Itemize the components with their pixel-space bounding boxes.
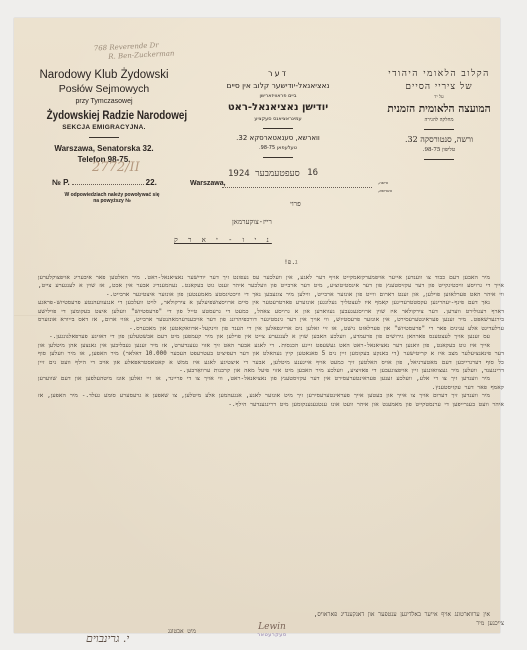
letterhead-polish-line5: SEKCJA EMIGRACYJNA.	[34, 123, 174, 133]
letterhead-yiddish-line2: נאציאנאל-יודישער קלוב אין סיים	[212, 80, 344, 92]
date-yiddish-label: ווארשא,	[378, 188, 392, 193]
letterhead-divider	[424, 159, 454, 160]
letterhead-hebrew-address: ורשה, סנטורסקה 32.	[369, 134, 509, 146]
letterhead-yiddish-line5: עמיגראציאנס סעקציע	[212, 115, 344, 124]
letterhead-hebrew-line2: של ציריי הסיים	[369, 81, 509, 94]
body-paragraph: מיר האבען דעם כבוד צו ווענדען אייער אויפ…	[38, 274, 504, 299]
letterhead-yiddish-line3: ביים פראוויזארישן	[212, 92, 344, 101]
date-city-label: Warszawa,	[190, 180, 226, 187]
body-paragraph: עס זענען אויך לעצטענס פארהאן גירושים פון…	[38, 333, 504, 341]
letterhead-hebrew-line3: על יד	[369, 94, 509, 102]
reference-label: № P.	[52, 178, 70, 187]
letterhead-polish-line1: Narodowy Klub Żydowski	[34, 68, 174, 82]
handwritten-signature-left: י. גרינבוים	[86, 632, 129, 645]
letterhead-hebrew-line5: מחלקה להגירה	[369, 116, 509, 125]
stamp-text: סעקרעטאר	[242, 632, 302, 638]
letterhead-yiddish-address: ווארשא, סענאטארסקא 32.	[212, 133, 344, 144]
body-paragraph: אייך איז גוט בעקאנט, פון וואנען דער נאצי…	[38, 342, 504, 376]
date-dotted-line	[222, 187, 372, 188]
letterhead-yiddish-line1: דער	[212, 68, 344, 80]
letterhead-yiddish: דער נאציאנאל-יודישער קלוב אין סיים ביים …	[212, 68, 344, 162]
date-day: 16	[307, 168, 318, 178]
body-paragraph: מיר ווענדען זיך צו די אלע, וועלכע זענען …	[38, 375, 504, 392]
letterhead-hebrew-line4: המועצה הלאומית הזמנית	[369, 102, 509, 116]
letterhead-divider	[263, 157, 293, 158]
reference-number-line: 2772/II № P.22. W odpowiedziach należy p…	[52, 172, 172, 204]
letter-paper: 768 Reverende Dr R. Ben-Zuckerman Narodo…	[14, 18, 500, 633]
addressee-city: נ י ו - י א ר ק	[174, 236, 272, 244]
letterhead-divider	[89, 137, 119, 138]
letter-body: מיר האבען דעם כבוד צו ווענדען אייער אויפ…	[38, 274, 504, 409]
letterhead-polish-line4: Żydowskiej Radzie Narodowej	[47, 107, 162, 123]
date-hebrew-label: ורשה,	[378, 180, 388, 185]
reference-year: 22.	[146, 178, 157, 187]
signature-row: מיט אכטונג י. גרינבוים Lewin סעקרעטאר	[38, 628, 504, 650]
reference-dotted-line	[72, 184, 144, 185]
greeting: ג.פ!	[284, 258, 297, 266]
letterhead-polish-address: Warszawa, Senatorska 32.	[34, 143, 174, 154]
secretary-stamp: Lewin סעקרעטאר	[242, 622, 302, 638]
body-paragraph: מיר ווענדען זיך דערום אויך צו אייך און ב…	[38, 392, 504, 409]
letterhead-polish-line3: przy Tymczasowej	[34, 96, 174, 107]
letterhead-divider	[263, 128, 293, 129]
letterhead-divider	[424, 129, 454, 130]
letterhead-yiddish-line4: יודישן נאציאנאל-ראט	[212, 101, 344, 115]
addressee-title: פרוי	[290, 200, 301, 208]
reference-hint: W odpowiedziach należy powoływać się na …	[52, 192, 172, 204]
letterhead-hebrew-line1: הקלוב הלאומי היהודי	[369, 68, 509, 81]
archive-handwritten-note: 768 Reverende Dr R. Ben-Zuckerman	[94, 39, 195, 62]
date-month-year: סעפטעמבער 1924	[228, 168, 300, 179]
body-paragraph: נאך דעם פינף-יעהריגען עקסטטרעדיגען קאמף …	[38, 299, 504, 333]
closing-line1: אין ערווארטונג אויף אייער באלדיגען ענטפע…	[38, 610, 504, 619]
addressee-name: רײז-צוקערמאן	[232, 218, 272, 226]
letterhead-hebrew-phone: טליפון 98-75.	[369, 146, 509, 155]
letterhead-yiddish-phone: טעלעפאן 98-75.	[212, 144, 344, 153]
date-line: 16 סעפטעמבער 1924 Warszawa, ורשה, ווארשא…	[190, 168, 396, 194]
closing-line3: מיט אכטונג	[168, 628, 196, 635]
letterhead-hebrew: הקלוב הלאומי היהודי של ציריי הסיים על יד…	[369, 68, 509, 164]
letterhead-polish: Narodowy Klub Żydowski Posłów Sejmowych …	[34, 68, 174, 165]
reference-handwritten-number: 2772/II	[92, 160, 140, 175]
handwritten-signature-center: Lewin	[242, 622, 302, 632]
reference-hint-line2: na powyższy №	[52, 198, 172, 204]
letterhead-polish-line2: Posłów Sejmowych	[34, 82, 174, 96]
